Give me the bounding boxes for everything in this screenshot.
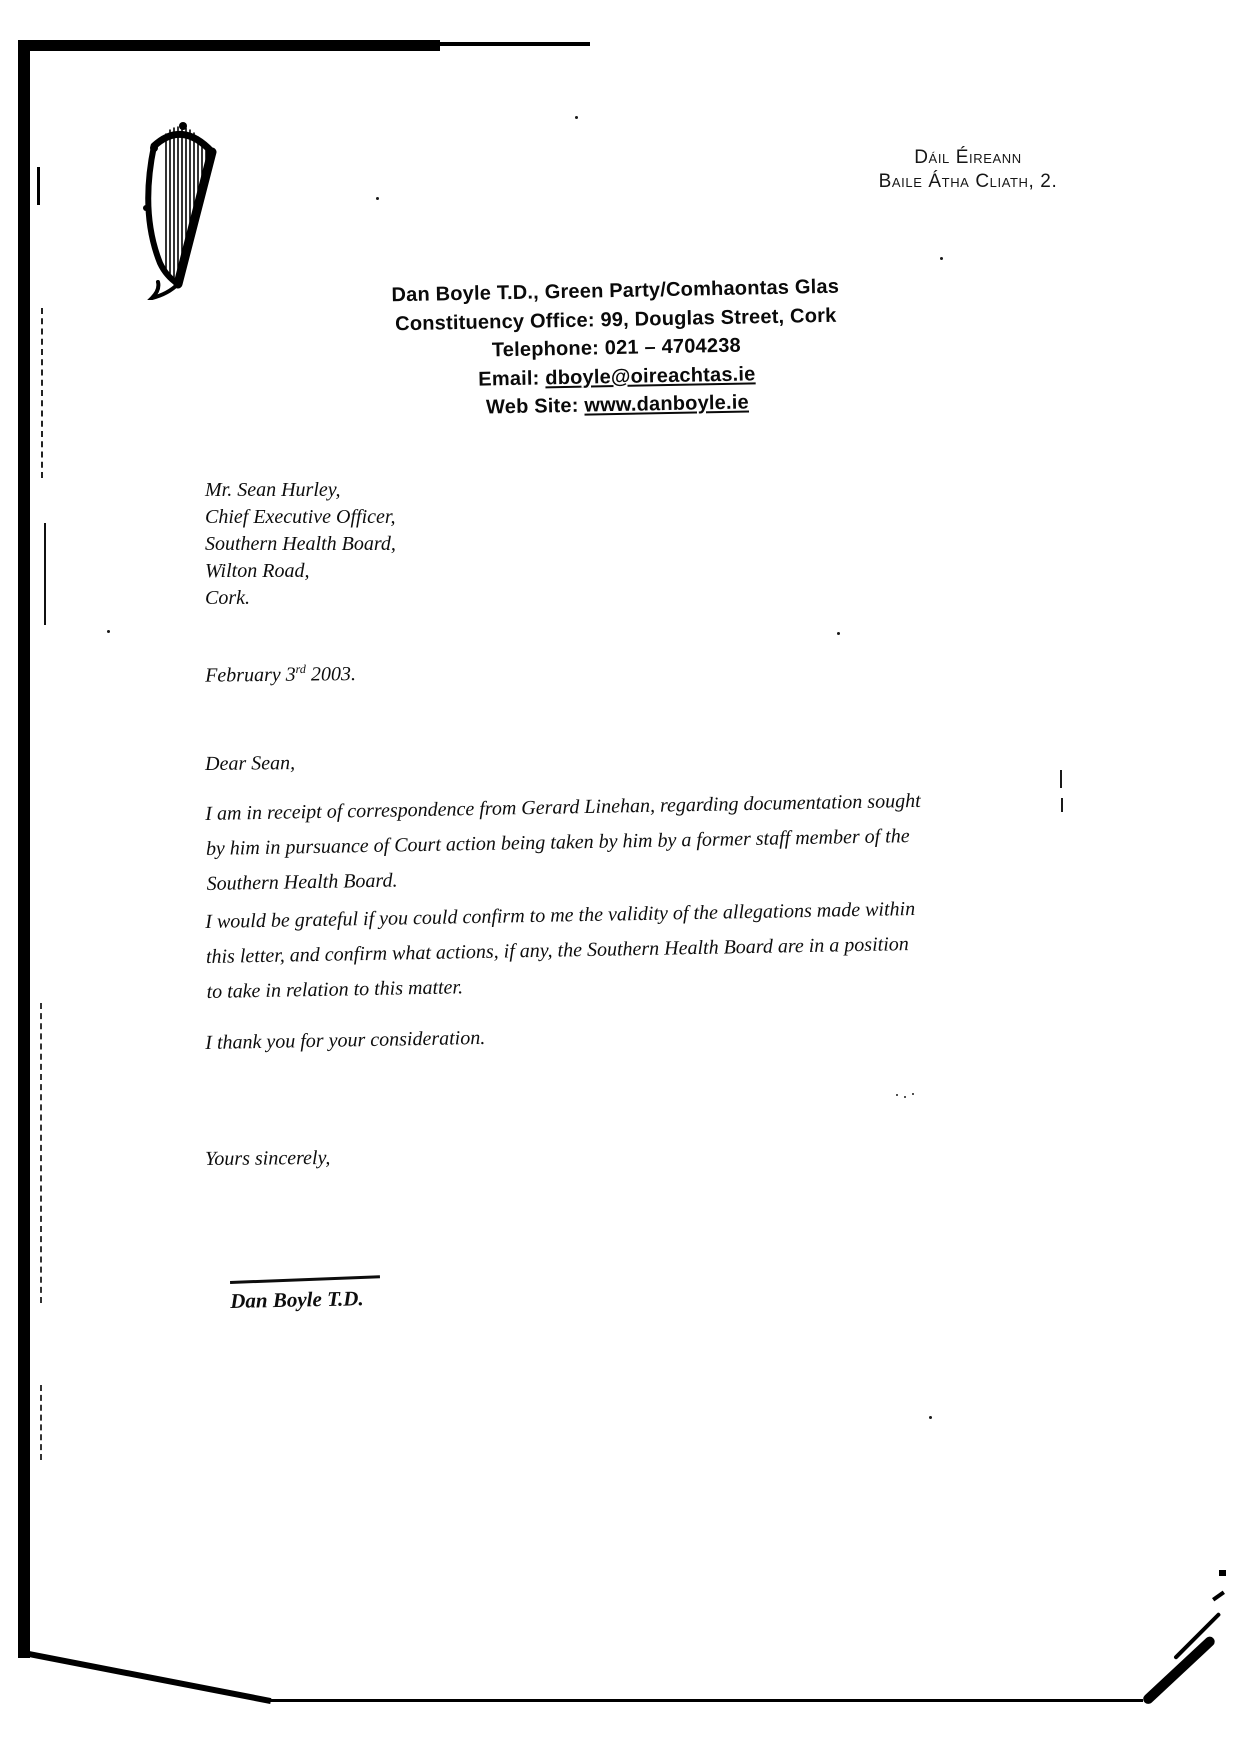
org-name: Dáil Éireann <box>848 146 1088 170</box>
phone-number: 021 – 4704238 <box>605 335 741 360</box>
letterhead-contact-block: Dan Boyle T.D., Green Party/Comhaontas G… <box>310 271 923 425</box>
date-ordinal: rd <box>296 662 306 676</box>
recipient-org: Southern Health Board, <box>205 531 396 558</box>
body-paragraph-1: I am in receipt of correspondence from G… <box>205 784 922 902</box>
scan-speck <box>904 1096 906 1098</box>
scan-speck <box>929 1416 932 1419</box>
date-prefix: February 3 <box>205 664 296 687</box>
scan-artifact-bottom-line <box>266 1699 1143 1702</box>
recipient-title: Chief Executive Officer, <box>205 504 396 531</box>
scan-speck <box>896 1094 898 1096</box>
scan-speck <box>107 630 110 633</box>
valediction: Yours sincerely, <box>205 1147 330 1171</box>
email-address: dboyle@oireachtas.ie <box>545 363 756 389</box>
scan-margin-dashes <box>40 1003 42 1303</box>
website-label: Web Site: <box>486 395 585 419</box>
scan-artifact-left-bar <box>18 40 30 1658</box>
scan-speck <box>376 197 379 200</box>
salutation: Dear Sean, <box>205 752 295 776</box>
pen-stroke-mark <box>1212 1591 1225 1602</box>
recipient-city: Cork. <box>205 585 396 612</box>
scan-speck <box>912 1093 914 1095</box>
body-paragraph-2: I would be grateful if you could confirm… <box>205 892 917 1010</box>
scan-artifact-top-bar <box>18 40 440 51</box>
signatory-name: Dan Boyle T.D. <box>230 1286 364 1314</box>
scan-margin-line <box>44 523 46 625</box>
recipient-address-block: Mr. Sean Hurley, Chief Executive Officer… <box>205 477 396 612</box>
org-address-block: Dáil Éireann Baile Átha Cliath, 2. <box>848 146 1088 194</box>
pen-stroke-mark <box>1141 1635 1217 1706</box>
scan-artifact-bottom-diagonal <box>23 1650 272 1704</box>
scan-margin-dashes <box>40 1385 42 1460</box>
scan-artifact-top-bar-thin <box>432 42 590 46</box>
recipient-name: Mr. Sean Hurley, <box>205 477 396 504</box>
scanned-letter-page: Dáil Éireann Baile Átha Cliath, 2. Dan B… <box>0 0 1240 1753</box>
date-suffix: 2003. <box>306 663 356 686</box>
scan-margin-dashes <box>41 308 43 478</box>
phone-label: Telephone: <box>492 337 605 361</box>
scan-margin-tick <box>37 167 40 205</box>
body-paragraph-3: I thank you for your consideration. <box>205 1021 486 1061</box>
website-url: www.danboyle.ie <box>584 391 749 416</box>
org-city: Baile Átha Cliath, 2. <box>848 170 1088 194</box>
scan-speck <box>575 116 578 119</box>
scan-speck <box>1061 798 1063 812</box>
irish-harp-logo-icon <box>138 118 230 300</box>
recipient-street: Wilton Road, <box>205 558 396 585</box>
signature-line <box>230 1275 380 1284</box>
scan-speck <box>1060 770 1062 788</box>
scan-speck <box>837 632 840 635</box>
date-line: February 3rd 2003. <box>205 661 356 687</box>
email-label: Email: <box>478 367 545 390</box>
scan-speck <box>940 257 943 260</box>
pen-stroke-mark <box>1219 1570 1226 1576</box>
